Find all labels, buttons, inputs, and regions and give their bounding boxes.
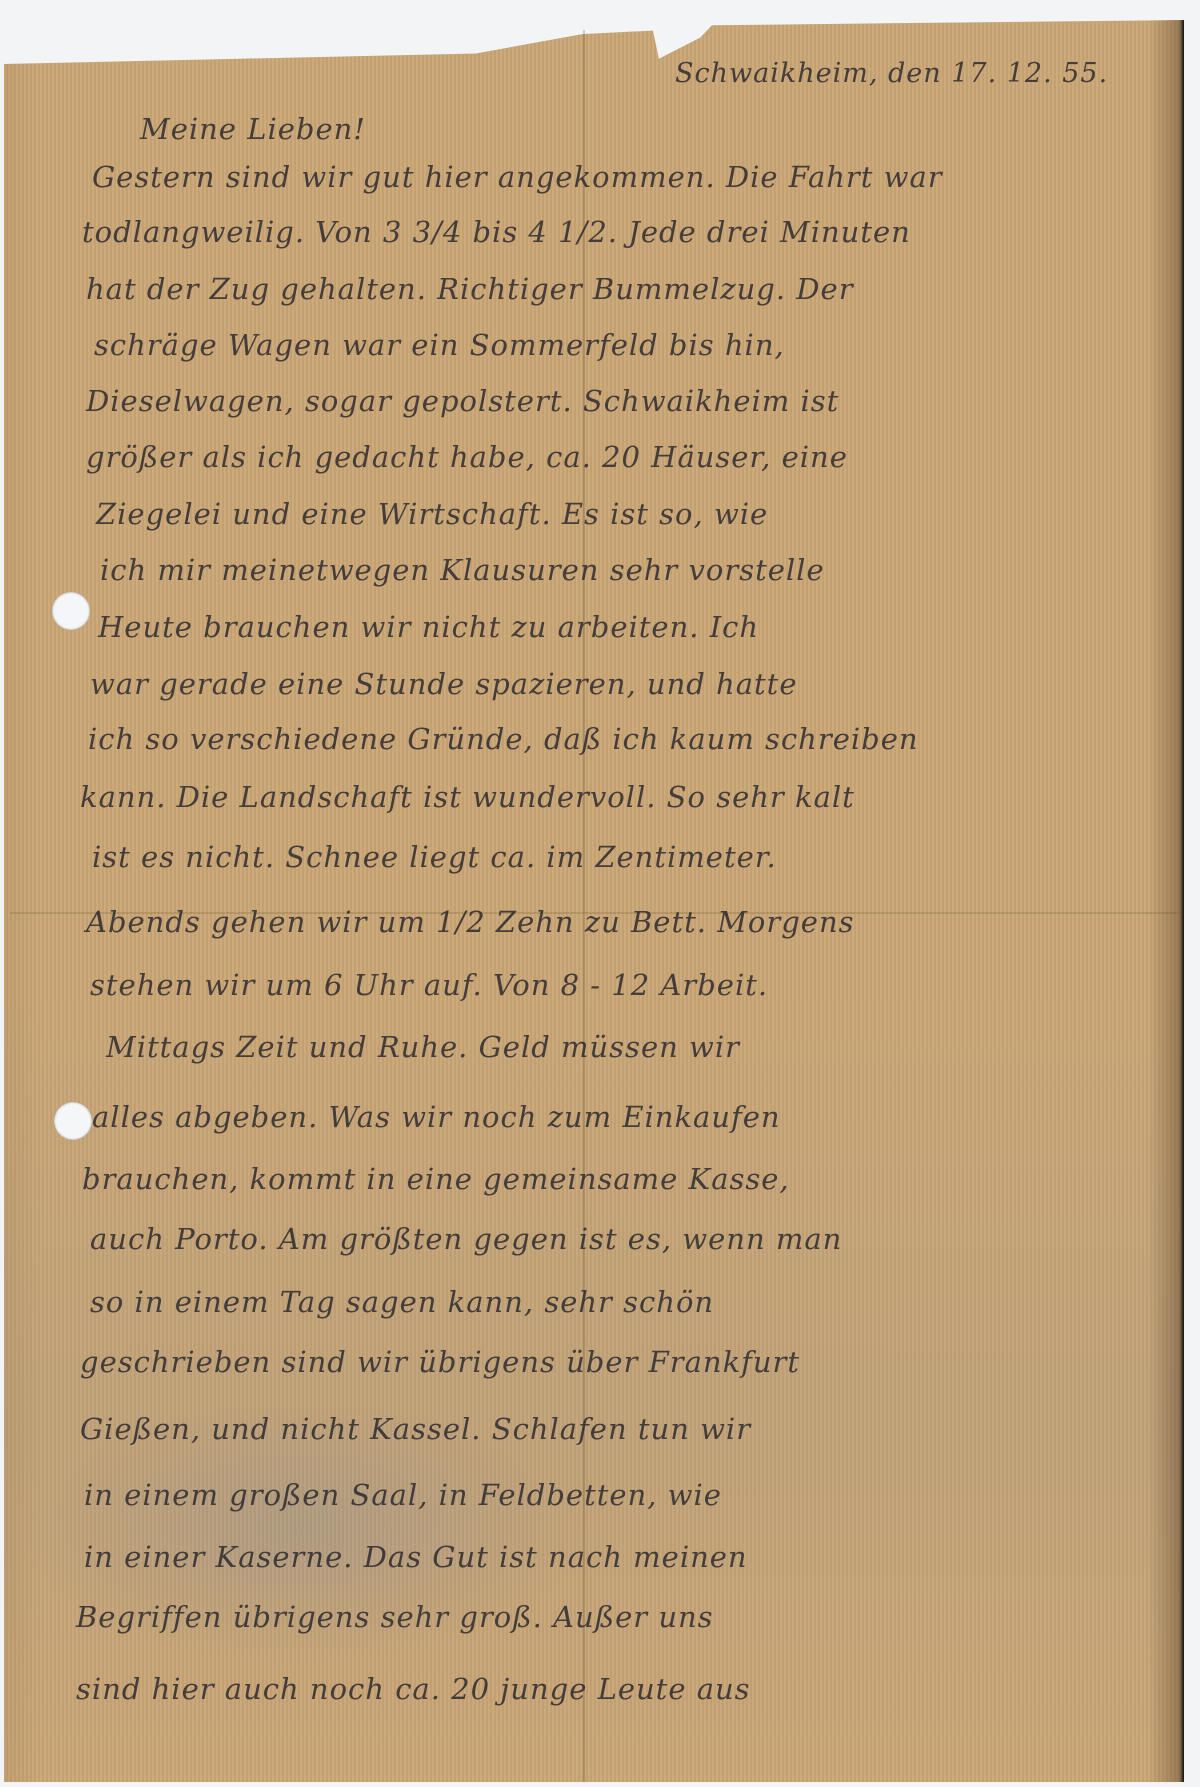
letter-line: Abends gehen wir um 1/2 Zehn zu Bett. Mo… — [86, 905, 855, 939]
letter-line: Gestern sind wir gut hier angekommen. Di… — [92, 160, 943, 194]
letter-line: in einem großen Saal, in Feldbetten, wie — [84, 1478, 722, 1512]
place-date: Schwaikheim, den 17. 12. 55. — [675, 58, 1108, 89]
letter-line: todlangweilig. Von 3 3/4 bis 4 1/2. Jede… — [82, 215, 911, 249]
letter-line: Gießen, und nicht Kassel. Schlafen tun w… — [80, 1412, 751, 1446]
letter-line: Begriffen übrigens sehr groß. Außer uns — [76, 1600, 714, 1634]
letter-line: sind hier auch noch ca. 20 junge Leute a… — [76, 1672, 751, 1706]
letter-line: Dieselwagen, sogar gepolstert. Schwaikhe… — [86, 384, 839, 418]
letter-line: Heute brauchen wir nicht zu arbeiten. Ic… — [98, 610, 759, 644]
letter-line: war gerade eine Stunde spazieren, und ha… — [90, 667, 798, 701]
letter-line: Ziegelei und eine Wirtschaft. Es ist so,… — [96, 497, 768, 531]
punch-hole-icon — [52, 592, 90, 630]
letter-line: schräge Wagen war ein Sommerfeld bis hin… — [94, 328, 785, 362]
letter-line: so in einem Tag sagen kann, sehr schön — [90, 1285, 714, 1319]
letter-line: alles abgeben. Was wir noch zum Einkaufe… — [92, 1100, 781, 1134]
letter-line: stehen wir um 6 Uhr auf. Von 8 - 12 Arbe… — [90, 968, 768, 1002]
letter-line: hat der Zug gehalten. Richtiger Bummelzu… — [86, 272, 854, 306]
letter-line: auch Porto. Am größten gegen ist es, wen… — [90, 1222, 842, 1256]
letter-line: ich so verschiedene Gründe, daß ich kaum… — [88, 722, 919, 756]
letter-line: Mittags Zeit und Ruhe. Geld müssen wir — [106, 1030, 740, 1064]
letter-line: ich mir meinetwegen Klausuren sehr vorst… — [100, 553, 825, 587]
salutation: Meine Lieben! — [140, 112, 366, 146]
punch-hole-icon — [54, 1102, 92, 1140]
letter-line: in einer Kaserne. Das Gut ist nach meine… — [84, 1540, 748, 1574]
letter-line: kann. Die Landschaft ist wundervoll. So … — [80, 780, 855, 814]
letter-line: ist es nicht. Schnee liegt ca. im Zentim… — [92, 840, 777, 874]
letter-line: brauchen, kommt in eine gemeinsame Kasse… — [82, 1162, 790, 1196]
letter-line: größer als ich gedacht habe, ca. 20 Häus… — [86, 440, 848, 474]
letter-line: geschrieben sind wir übrigens über Frank… — [80, 1345, 800, 1379]
